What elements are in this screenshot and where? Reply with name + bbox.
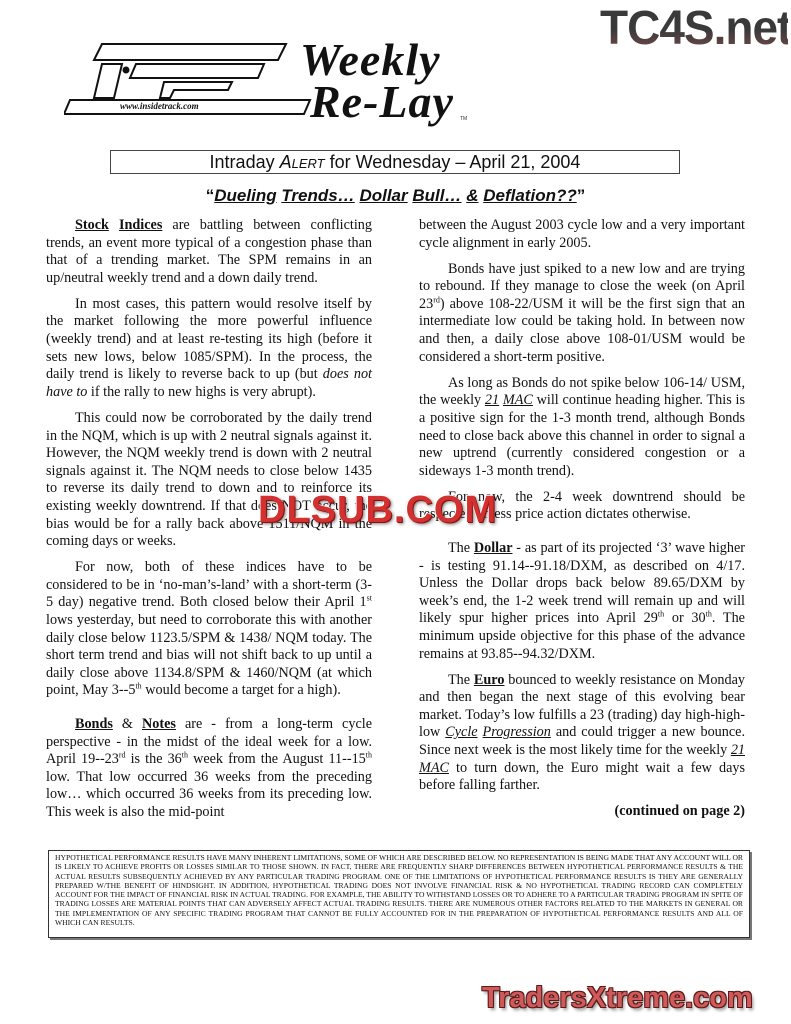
headline-word: Dollar [359, 186, 407, 205]
term-cycle: Cycle [445, 724, 477, 740]
paragraph-text: if the rally to new highs is very abrupt… [87, 384, 316, 400]
keyword-stock: Stock [75, 217, 109, 233]
superscript: rd [119, 750, 126, 759]
paragraph-pattern: In most cases, this pattern would resolv… [46, 296, 372, 402]
headline-word: Trends… [281, 186, 354, 205]
paragraph-bonds-mac: As long as Bonds do not spike below 106-… [419, 375, 745, 481]
paragraph-text: week from the August 11--15 [188, 751, 366, 767]
paragraph-bonds-notes: Bonds & Notes are - from a long-term cyc… [46, 716, 372, 822]
paragraph-bonds-rebound: Bonds have just spiked to a new low and … [419, 261, 745, 367]
paragraph-text: to turn down, the Euro might wait a few … [419, 760, 745, 794]
paragraph-text: low. That low occurred 36 weeks from the… [46, 769, 372, 820]
paragraph-text: ) above 108-22/USM it will be the first … [419, 296, 745, 365]
term-mac: MAC [503, 392, 533, 408]
headline-word: Deflation?? [483, 186, 577, 205]
alert-word: Alert [280, 152, 325, 172]
headline-word: & [466, 186, 478, 205]
tc4s-watermark: TC4S.net [600, 1, 788, 54]
continued-on-page-2: (continued on page 2) [419, 803, 745, 821]
term-21: 21 [731, 742, 745, 758]
dlsub-watermark: DLSUB.COM [258, 490, 534, 530]
headline-word: Dueling [214, 186, 276, 205]
headline-word: Bull… [412, 186, 461, 205]
paragraph-euro: The Euro bounced to weekly resistance on… [419, 672, 745, 795]
keyword-dollar: Dollar [474, 540, 513, 556]
keyword-indices: Indices [119, 217, 162, 233]
paragraph-text: between the August 2003 cycle low and a … [419, 217, 745, 251]
paragraph-stock-indices: Stock Indices are battling between confl… [46, 217, 372, 287]
alert-date: for Wednesday – April 21, 2004 [325, 152, 581, 172]
tradersxtreme-watermark: TradersXtreme.com [482, 978, 782, 1018]
alert-header-box: Intraday Alert for Wednesday – April 21,… [110, 150, 680, 174]
paragraph-text: The [448, 672, 474, 688]
paragraph-dollar: The Dollar - as part of its projected ‘3… [419, 540, 745, 663]
keyword-euro: Euro [474, 672, 505, 688]
paragraph-no-mans-land: For now, both of these indices have to b… [46, 559, 372, 700]
headline: “Dueling Trends… Dollar Bull… & Deflatio… [0, 186, 791, 206]
keyword-notes: Notes [142, 716, 176, 732]
paragraph-text: is the 36 [126, 751, 182, 767]
term-21: 21 [485, 392, 499, 408]
superscript: st [367, 594, 372, 603]
trademark-mark: TM [460, 116, 467, 122]
superscript: th [366, 750, 372, 759]
alert-prefix: Intraday [210, 152, 280, 172]
disclaimer-box: HYPOTHETICAL PERFORMANCE RESULTS HAVE MA… [48, 850, 750, 938]
masthead-title-relay: Re-Lay [310, 78, 454, 126]
paragraph-text: or 30 [664, 610, 706, 626]
superscript: rd [433, 295, 440, 304]
term-mac: MAC [419, 760, 449, 776]
open-quote: “ [206, 186, 215, 205]
masthead-logo: www.insidetrack.com Weekly Re-Lay TM [64, 40, 484, 140]
paragraph-continuation: between the August 2003 cycle low and a … [419, 217, 745, 252]
paragraph-text: For now, both of these indices have to b… [46, 559, 372, 610]
term-progression: Progression [483, 724, 551, 740]
logo-url-text: www.insidetrack.com [120, 101, 199, 111]
paragraph-text: The [448, 540, 474, 556]
ampersand: & [113, 716, 142, 732]
paragraph-text: would become a target for a high). [142, 682, 341, 698]
close-quote: ” [577, 186, 586, 205]
keyword-bonds: Bonds [75, 716, 113, 732]
